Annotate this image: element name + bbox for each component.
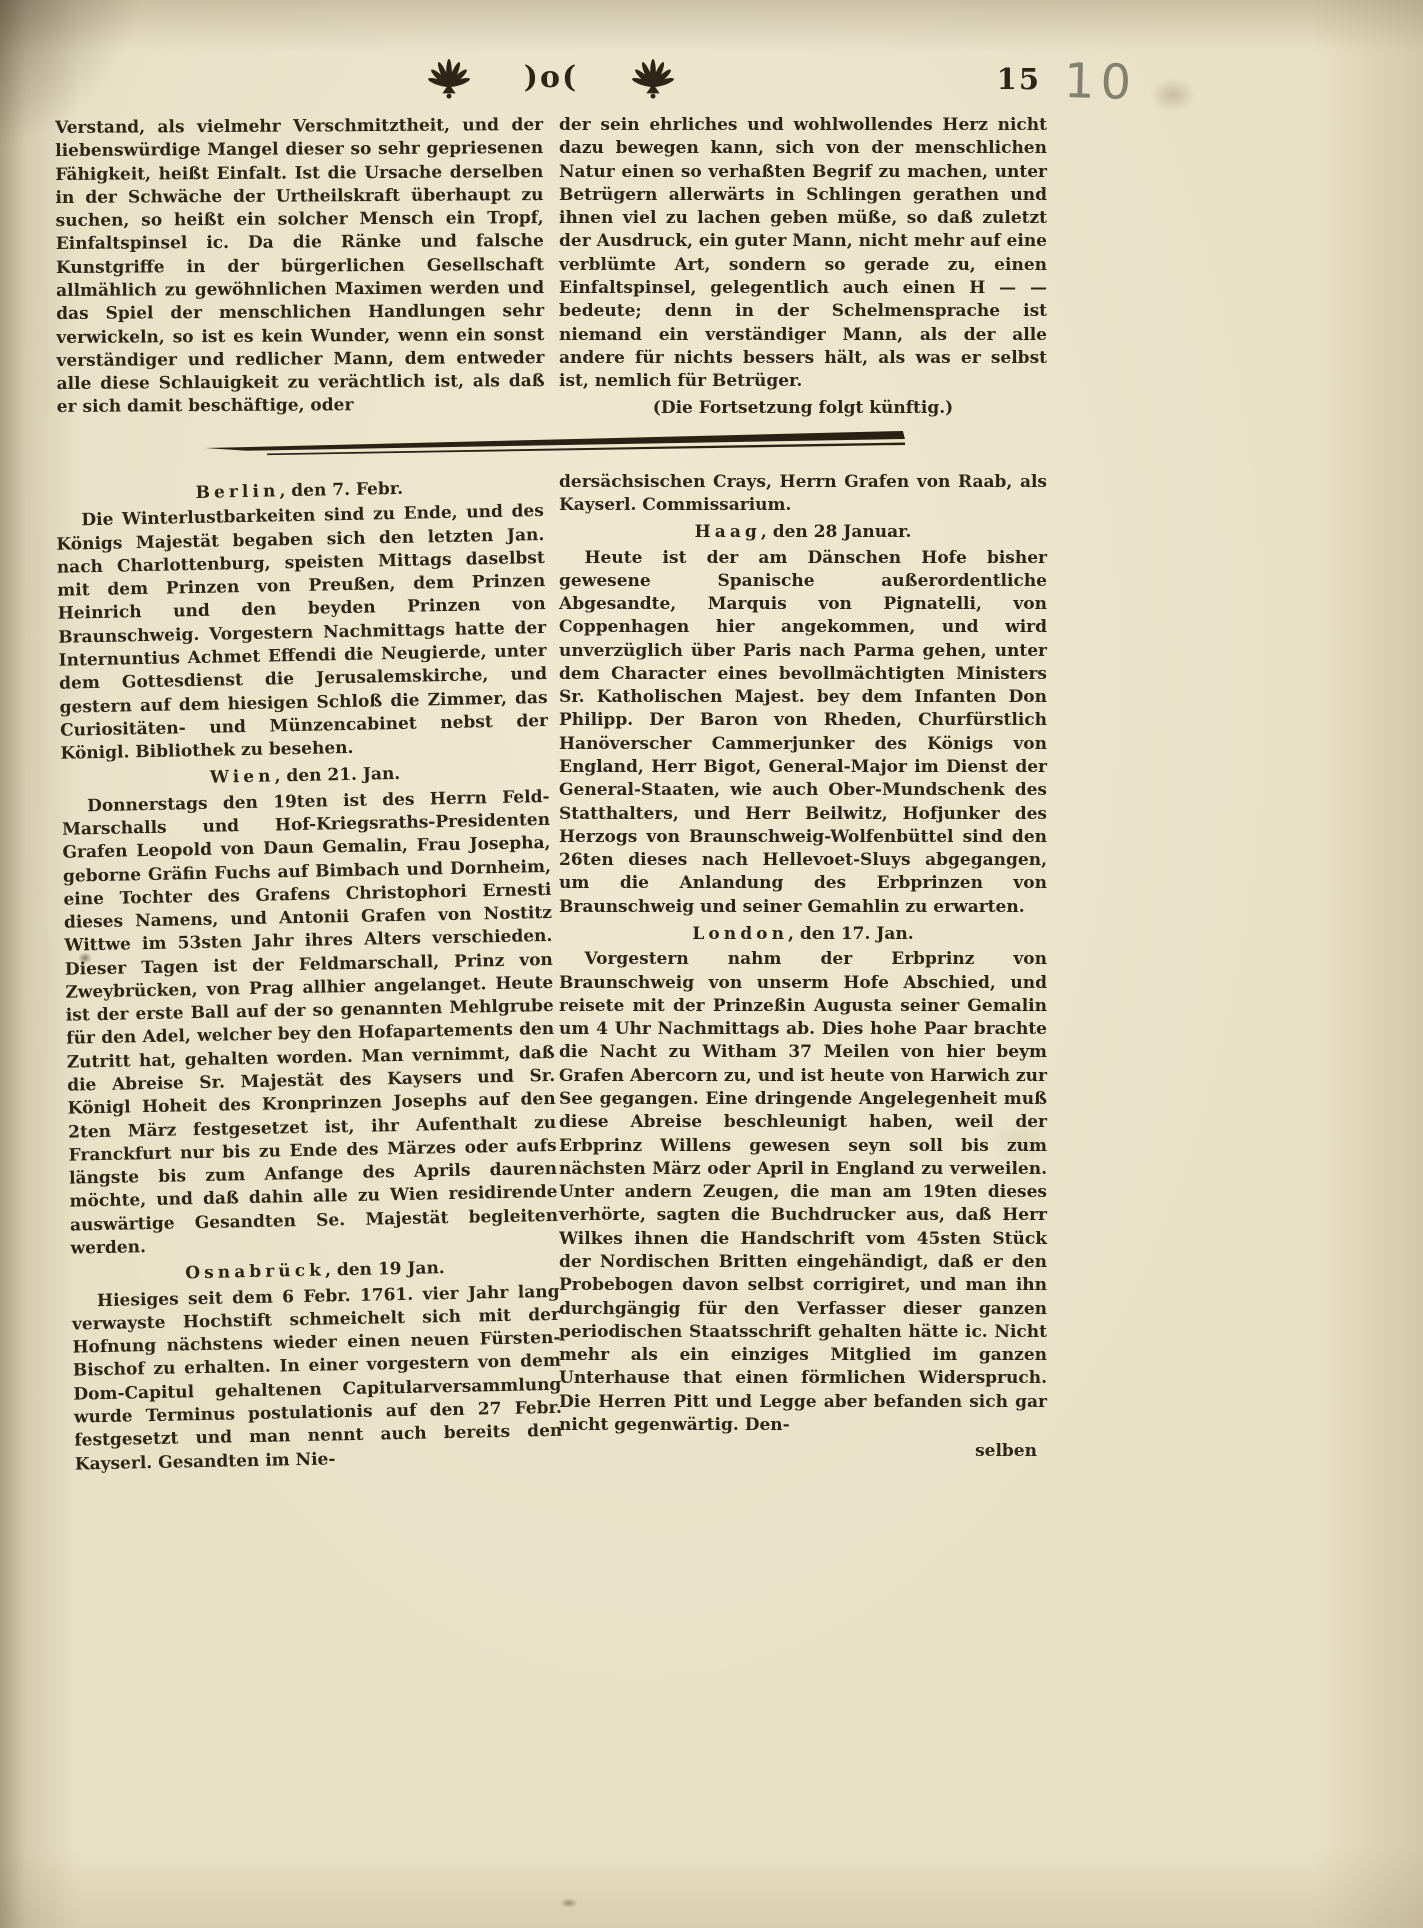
article-paragraph: der sein ehrliches und wohlwollendes Her… — [559, 114, 1047, 393]
dateline-date: , den 28 Januar. — [761, 522, 912, 542]
article-paragraph: dersächsischen Crays, Herrn Grafen von R… — [559, 471, 1047, 518]
news-section: Berlin, den 7. Febr.Die Winterlustbarkei… — [55, 471, 1047, 1467]
article-dateline: London, den 17. Jan. — [559, 923, 1047, 946]
paper-stain — [1150, 78, 1196, 112]
front-article-right-column: der sein ehrliches und wohlwollendes Her… — [559, 114, 1047, 421]
dateline-city: Haag — [695, 522, 761, 542]
dateline-city: London — [692, 924, 788, 944]
front-article-left-column: Verstand, als vielmehr Verschmitztheit, … — [55, 114, 545, 420]
article-paragraph: Verstand, als vielmehr Verschmitztheit, … — [55, 114, 545, 420]
header-section-mark: )o( — [524, 60, 578, 95]
article-dateline: Haag, den 28 Januar. — [559, 521, 1047, 544]
dateline-date: , den 19 Jan. — [325, 1258, 445, 1280]
article-paragraph: Die Winterlustbarkeiten sind zu Ende, un… — [56, 500, 549, 766]
article-paragraph: Heute ist der am Dänschen Hofe bisher ge… — [559, 547, 1047, 920]
dateline-date: , den 21. Jan. — [274, 764, 400, 787]
article-paragraph: Vorgestern nahm der Erbprinz von Braunsc… — [559, 948, 1047, 1437]
article-paragraph: Donnerstags den 19ten ist des Herrn Feld… — [61, 785, 558, 1260]
dateline-city: Wien — [210, 766, 275, 787]
newspaper-page: 10 — [0, 0, 1423, 1928]
dateline-city: Berlin — [195, 481, 279, 503]
scallop-shell-fleuron-icon — [426, 58, 472, 100]
page-header: )o( — [55, 50, 1047, 114]
section-divider-rule — [205, 430, 905, 460]
paper-stain — [560, 1898, 578, 1908]
scallop-shell-fleuron-icon — [630, 58, 676, 100]
dateline-date: , den 7. Febr. — [279, 478, 403, 500]
dateline-city: Osnabrück — [185, 1260, 325, 1283]
article-paragraph: (Die Fortsetzung folgt künftig.) — [559, 397, 1047, 420]
stamped-folio-number: 10 — [1063, 53, 1138, 111]
news-left-column: Berlin, den 7. Febr.Die Winterlustbarkei… — [55, 471, 563, 1476]
front-article: Verstand, als vielmehr Verschmitztheit, … — [55, 114, 1047, 421]
news-right-column: dersächsischen Crays, Herrn Grafen von R… — [559, 471, 1047, 1464]
article-paragraph: Hiesiges seit dem 6 Febr. 1761. vier Jah… — [71, 1280, 563, 1476]
catchword: selben — [559, 1440, 1047, 1463]
dateline-date: , den 17. Jan. — [788, 924, 914, 944]
page-number: 15 — [997, 62, 1041, 96]
